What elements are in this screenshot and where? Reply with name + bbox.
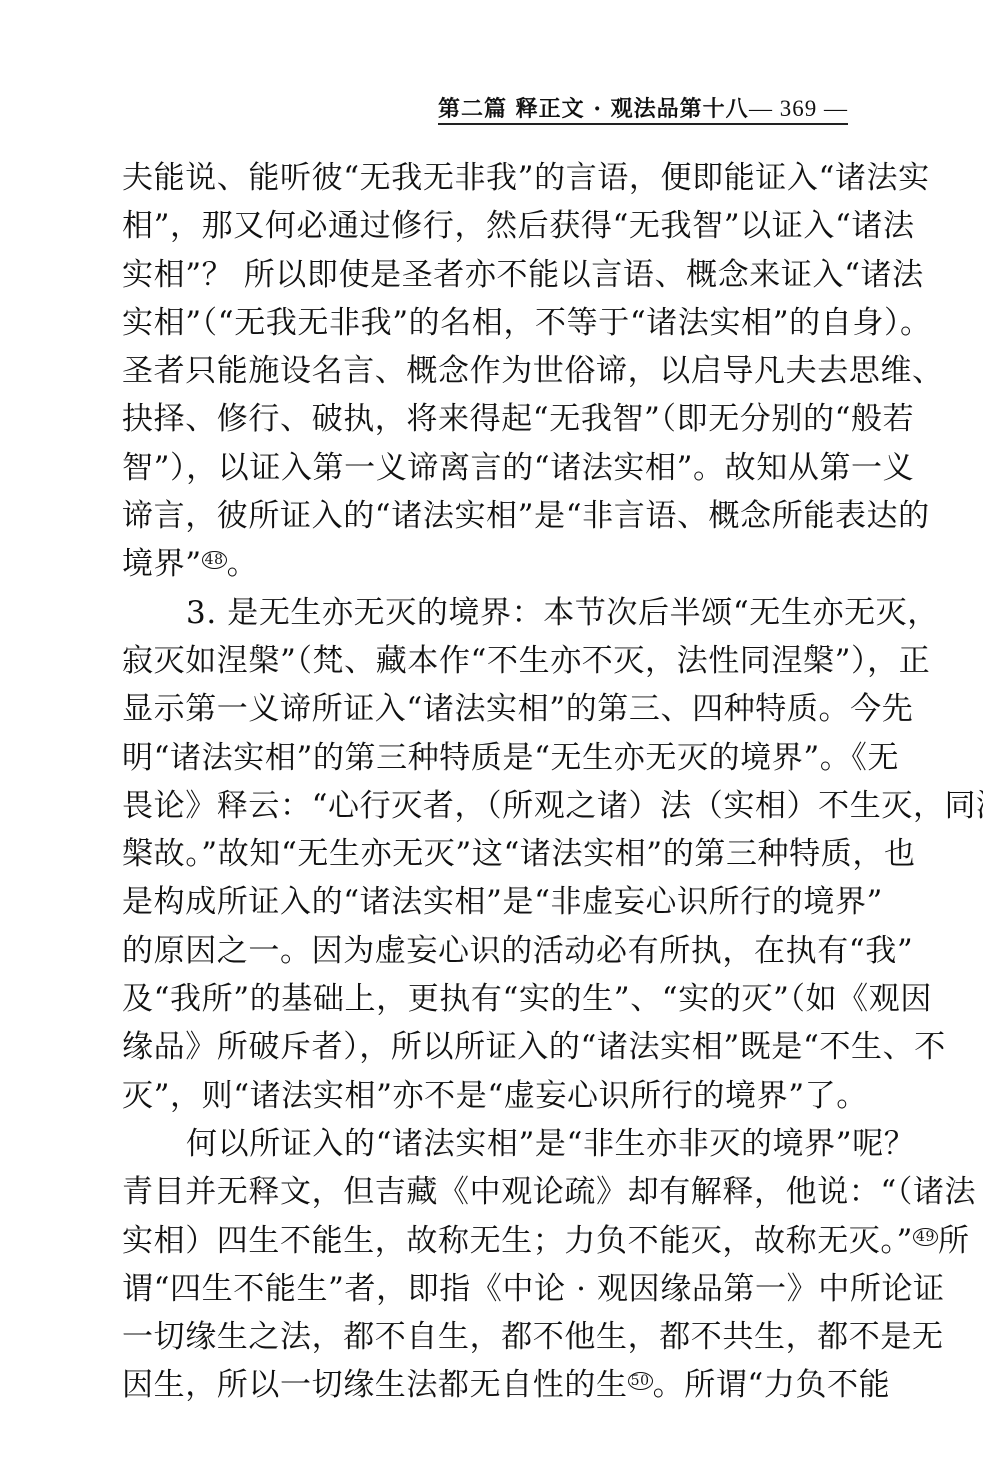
text-line: 槃故。”故知“无生亦无灭”这“诸法实相”的第三种特质，也 xyxy=(122,830,850,878)
running-header: 第二篇 释正文 · 观法品第十八 — 369 — xyxy=(438,92,848,125)
text-line: 畏论》释云：“心行灭者，（所观之诸）法（实相）不生灭，同涅 xyxy=(122,782,850,830)
paragraph-start-line: 何以所证入的“诸法实相”是“非生亦非灭的境界”呢？ xyxy=(122,1120,850,1168)
footnote-marker[interactable]: 49 xyxy=(913,1228,938,1246)
text-line: 境界”48。 xyxy=(122,540,850,588)
text-line: 实相”？ 所以即使是圣者亦不能以言语、概念来证入“诸法 xyxy=(122,251,850,299)
text-line: 及“我所”的基础上，更执有“实的生”、“实的灭”（如《观因 xyxy=(122,975,850,1023)
text-line: 实相）四生不能生，故称无生；力负不能灭，故称无灭。”49所 xyxy=(122,1217,850,1265)
page-number: — 369 — xyxy=(749,96,848,122)
text-line: 智”），以证入第一义谛离言的“诸法实相”。故知从第一义 xyxy=(122,444,850,492)
text-line: 相”，那又何必通过修行，然后获得“无我智”以证入“诸法 xyxy=(122,202,850,250)
text-line: 显示第一义谛所证入“诸法实相”的第三、四种特质。今先 xyxy=(122,685,850,733)
text-line: 谓“四生不能生”者，即指《中论 · 观因缘品第一》中所论证 xyxy=(122,1265,850,1313)
section-heading-line: 3. 是无生亦无灭的境界：本节次后半颂“无生亦无灭， xyxy=(122,589,850,637)
footnote-marker[interactable]: 50 xyxy=(628,1372,653,1390)
body-text: 夫能说、能听彼“无我无非我”的言语，便即能证入“诸法实 相”，那又何必通过修行，… xyxy=(122,154,850,1410)
text-line: 的原因之一。因为虚妄心识的活动必有所执，在执有“我” xyxy=(122,927,850,975)
text-line: 因生，所以一切缘生法都无自性的生50。所谓“力负不能 xyxy=(122,1361,850,1409)
text-line: 一切缘生之法，都不自生，都不他生，都不共生，都不是无 xyxy=(122,1313,850,1361)
text-line: 寂灭如涅槃”（梵、藏本作“不生亦不灭，法性同涅槃”），正 xyxy=(122,637,850,685)
text-line: 实相”（“无我无非我”的名相，不等于“诸法实相”的自身）。 xyxy=(122,299,850,347)
footnote-marker[interactable]: 48 xyxy=(202,551,227,569)
text-line: 圣者只能施设名言、概念作为世俗谛，以启导凡夫去思维、 xyxy=(122,347,850,395)
text-line: 抉择、修行、破执，将来得起“无我智”（即无分别的“般若 xyxy=(122,395,850,443)
text-line: 缘品》所破斥者），所以所证入的“诸法实相”既是“不生、不 xyxy=(122,1023,850,1071)
text-line: 青目并无释文，但吉藏《中观论疏》却有解释，他说：“（诸法 xyxy=(122,1168,850,1216)
text-line: 是构成所证入的“诸法实相”是“非虚妄心识所行的境界” xyxy=(122,878,850,926)
text-line: 灭”，则“诸法实相”亦不是“虚妄心识所行的境界”了。 xyxy=(122,1072,850,1120)
chapter-title: 第二篇 释正文 · 观法品第十八 xyxy=(438,96,749,122)
text-line: 明“诸法实相”的第三种特质是“无生亦无灭的境界”。《无 xyxy=(122,734,850,782)
text-line: 谛言，彼所证入的“诸法实相”是“非言语、概念所能表达的 xyxy=(122,492,850,540)
text-line: 夫能说、能听彼“无我无非我”的言语，便即能证入“诸法实 xyxy=(122,154,850,202)
